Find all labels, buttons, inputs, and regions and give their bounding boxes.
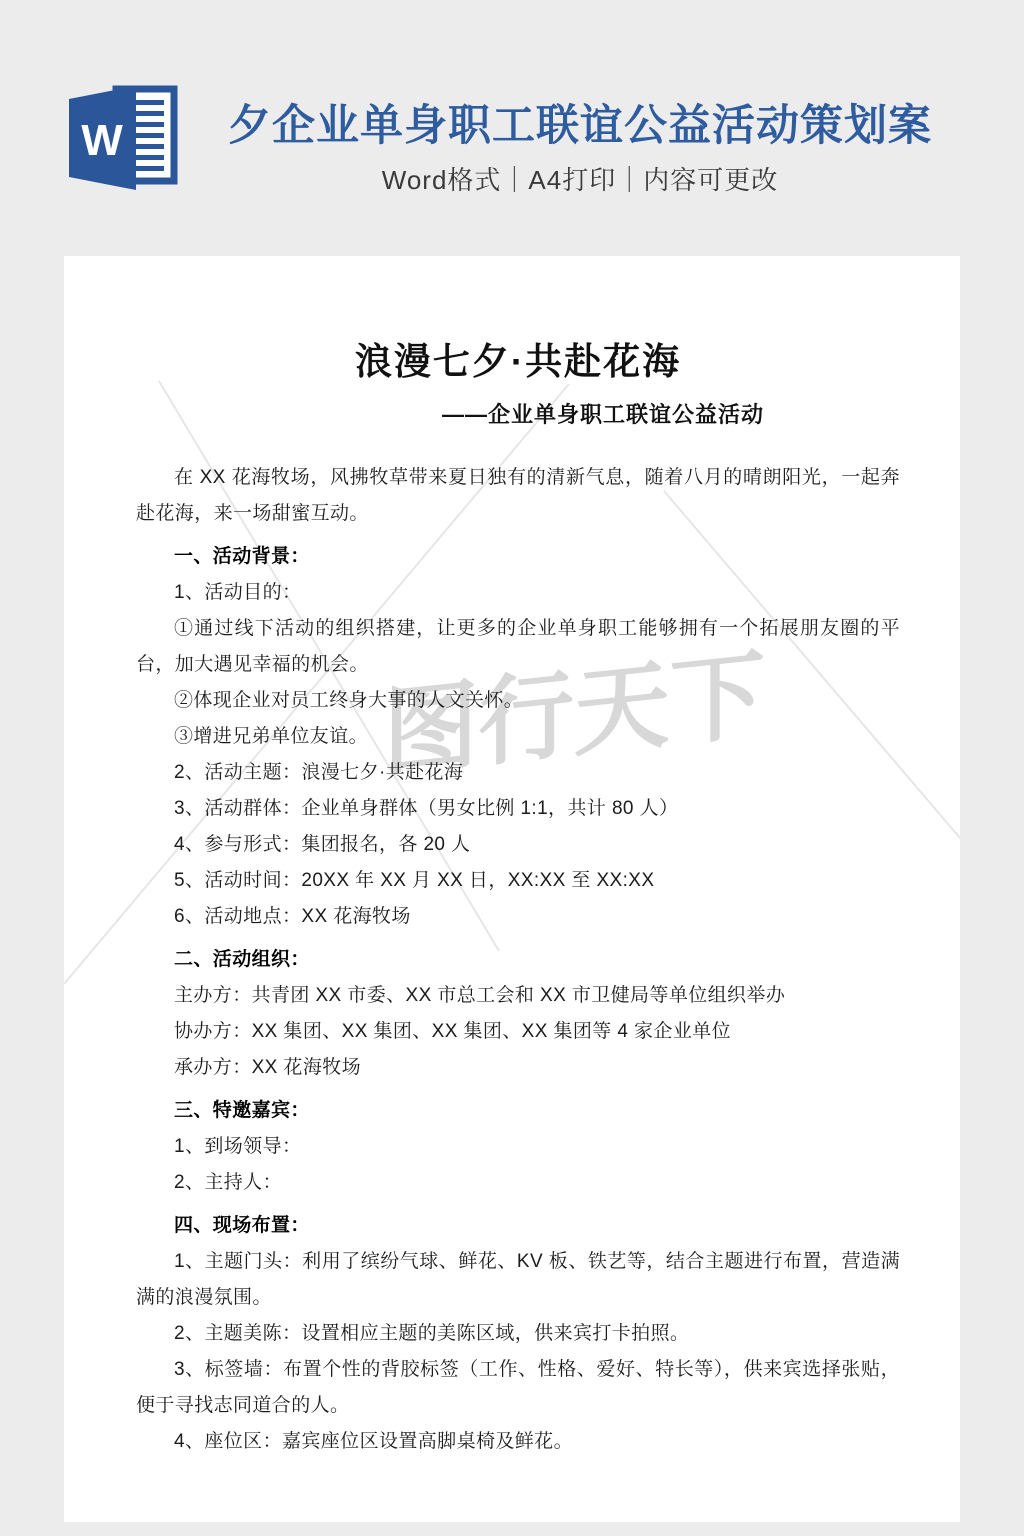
paragraph: 3、标签墙：布置个性的背胶标签（工作、性格、爱好、特长等），供来宾选择张贴，便于… bbox=[136, 1352, 900, 1424]
paragraph: ②体现企业对员工终身大事的人文关怀。 bbox=[136, 683, 900, 719]
document-subtitle: ——企业单身职工联谊公益活动 bbox=[136, 400, 900, 430]
paragraph: 1、主题门头：利用了缤纷气球、鲜花、KV 板、铁艺等，结合主题进行布置，营造满满… bbox=[136, 1244, 900, 1316]
paragraph: 主办方：共青团 XX 市委、XX 市总工会和 XX 市卫健局等单位组织举办 bbox=[136, 978, 900, 1014]
paragraph: 承办方：XX 花海牧场 bbox=[136, 1050, 900, 1086]
template-banner: W 夕企业单身职工联谊公益活动策划案 Word格式｜A4打印｜内容可更改 bbox=[0, 0, 1024, 256]
section-heading-1: 一、活动背景： bbox=[136, 539, 900, 575]
paragraph: 3、活动群体：企业单身群体（男女比例 1:1，共计 80 人） bbox=[136, 791, 900, 827]
paragraph: 6、活动地点：XX 花海牧场 bbox=[136, 899, 900, 935]
document-page: 图行天下 浪漫七夕·共赴花海 ——企业单身职工联谊公益活动 在 XX 花海牧场，… bbox=[64, 256, 960, 1522]
section-heading-4: 四、现场布置： bbox=[136, 1208, 900, 1244]
paragraph: 5、活动时间：20XX 年 XX 月 XX 日，XX:XX 至 XX:XX bbox=[136, 863, 900, 899]
paragraph: 2、主持人： bbox=[136, 1165, 900, 1201]
paragraph: 4、座位区：嘉宾座位区设置高脚桌椅及鲜花。 bbox=[136, 1424, 900, 1460]
banner-subtitle: Word格式｜A4打印｜内容可更改 bbox=[200, 160, 960, 197]
paragraph-intro: 在 XX 花海牧场，风拂牧草带来夏日独有的清新气息，随着八月的晴朗阳光，一起奔赴… bbox=[136, 460, 900, 532]
paragraph: 2、活动主题：浪漫七夕·共赴花海 bbox=[136, 755, 900, 791]
paragraph: 协办方：XX 集团、XX 集团、XX 集团、XX 集团等 4 家企业单位 bbox=[136, 1014, 900, 1050]
banner-title: 夕企业单身职工联谊公益活动策划案 bbox=[200, 92, 960, 153]
paragraph: 2、主题美陈：设置相应主题的美陈区域，供来宾打卡拍照。 bbox=[136, 1316, 900, 1352]
paragraph: 1、活动目的： bbox=[136, 575, 900, 611]
document-body: 在 XX 花海牧场，风拂牧草带来夏日独有的清新气息，随着八月的晴朗阳光，一起奔赴… bbox=[136, 460, 900, 1460]
document-title: 浪漫七夕·共赴花海 bbox=[136, 338, 900, 386]
section-heading-3: 三、特邀嘉宾： bbox=[136, 1093, 900, 1129]
word-icon: W bbox=[62, 82, 182, 194]
paragraph: ③增进兄弟单位友谊。 bbox=[136, 719, 900, 755]
paragraph: 4、参与形式：集团报名，各 20 人 bbox=[136, 827, 900, 863]
section-heading-2: 二、活动组织： bbox=[136, 942, 900, 978]
document-content: 浪漫七夕·共赴花海 ——企业单身职工联谊公益活动 在 XX 花海牧场，风拂牧草带… bbox=[64, 256, 960, 1460]
paragraph: 1、到场领导： bbox=[136, 1129, 900, 1165]
svg-text:W: W bbox=[81, 116, 123, 165]
paragraph: ①通过线下活动的组织搭建，让更多的企业单身职工能够拥有一个拓展朋友圈的平台，加大… bbox=[136, 611, 900, 683]
